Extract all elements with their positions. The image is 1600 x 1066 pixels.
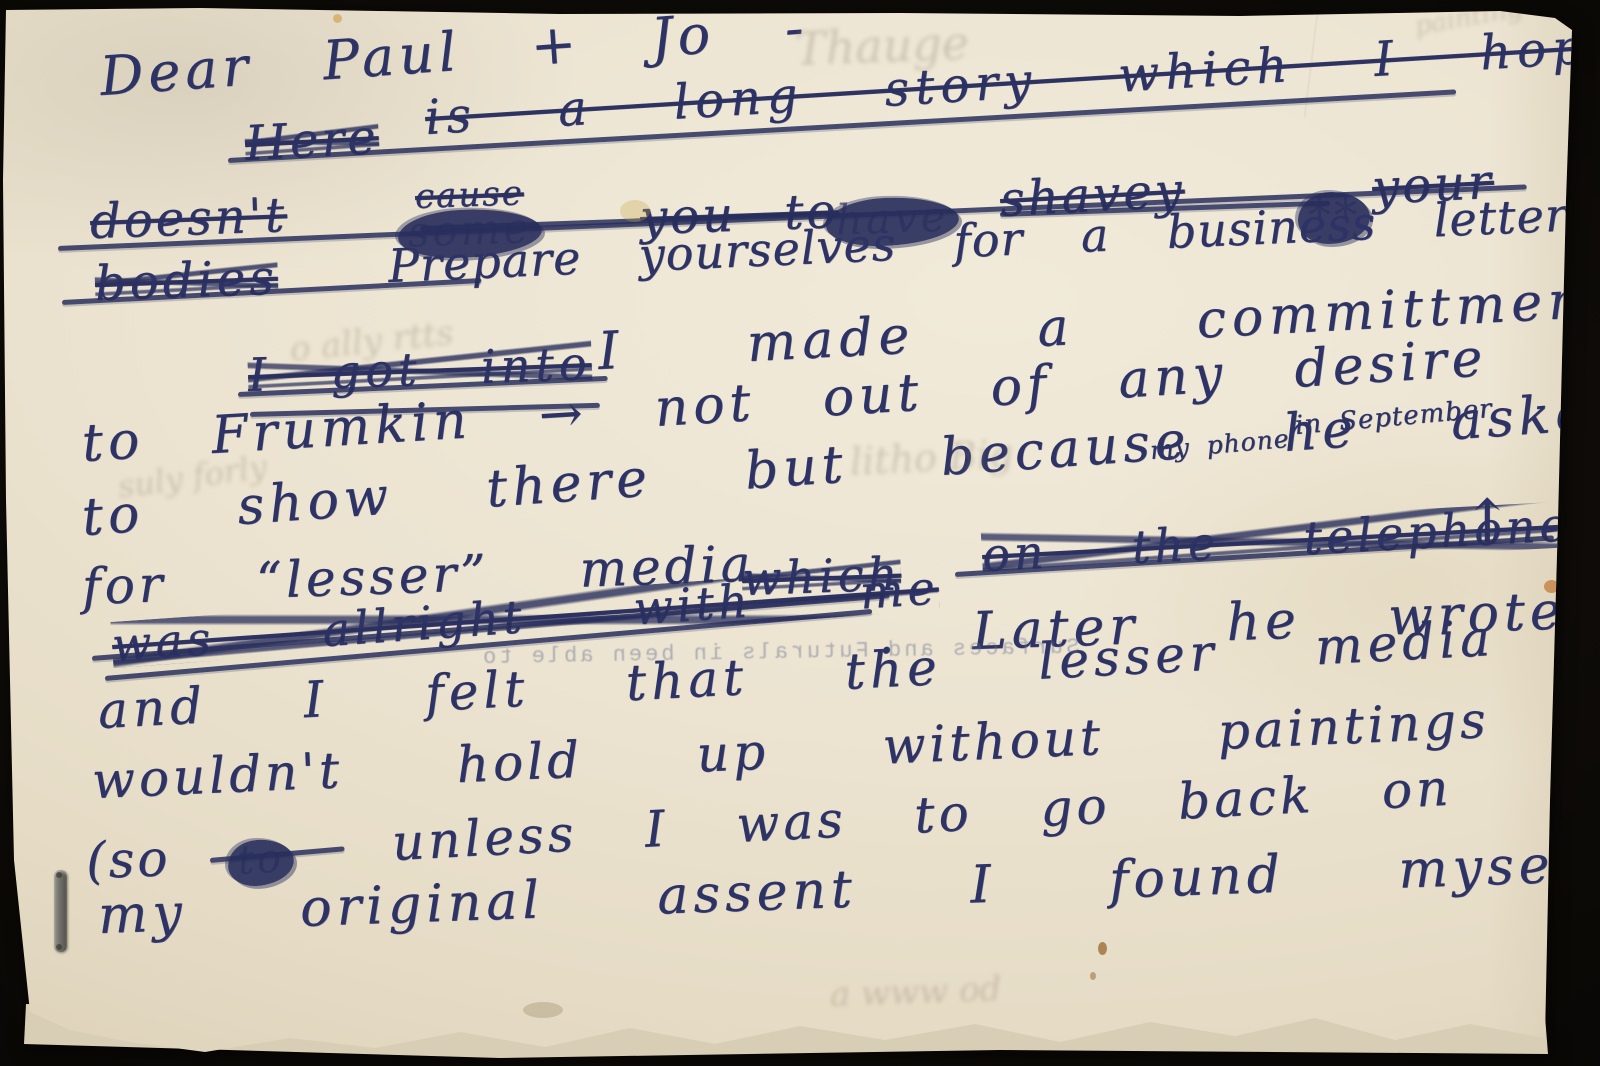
paper-stain-0 bbox=[620, 200, 650, 222]
paper-stain-3 bbox=[1098, 942, 1107, 955]
paper-stain-4 bbox=[1090, 972, 1096, 980]
paper-wrapper: Dear Paul + Jo -Hereis a long story whic… bbox=[0, 0, 1600, 1066]
pencil-ghost-impression-3: litho Big bbox=[849, 431, 1015, 483]
handwriting-keep-so: (so bbox=[85, 833, 171, 886]
letter-paper: Dear Paul + Jo -Hereis a long story whic… bbox=[0, 0, 1600, 1066]
paper-stain-1 bbox=[333, 14, 342, 23]
handwriting-keep-prepare: Prepare yourselves for a business letter… bbox=[387, 191, 1579, 289]
staple bbox=[54, 870, 67, 952]
pencil-ghost-impression-0: Thauge bbox=[794, 16, 970, 76]
paper-stain-2 bbox=[1544, 580, 1559, 593]
paper-stain-5 bbox=[523, 1002, 563, 1018]
scanned-letter-page: { "document": { "kind": "handwritten let… bbox=[0, 0, 1600, 1066]
handwriting-keep-assent: my original assent I found myself bbox=[97, 838, 1600, 942]
pencil-ghost-impression-5: a www od bbox=[829, 969, 1002, 1015]
